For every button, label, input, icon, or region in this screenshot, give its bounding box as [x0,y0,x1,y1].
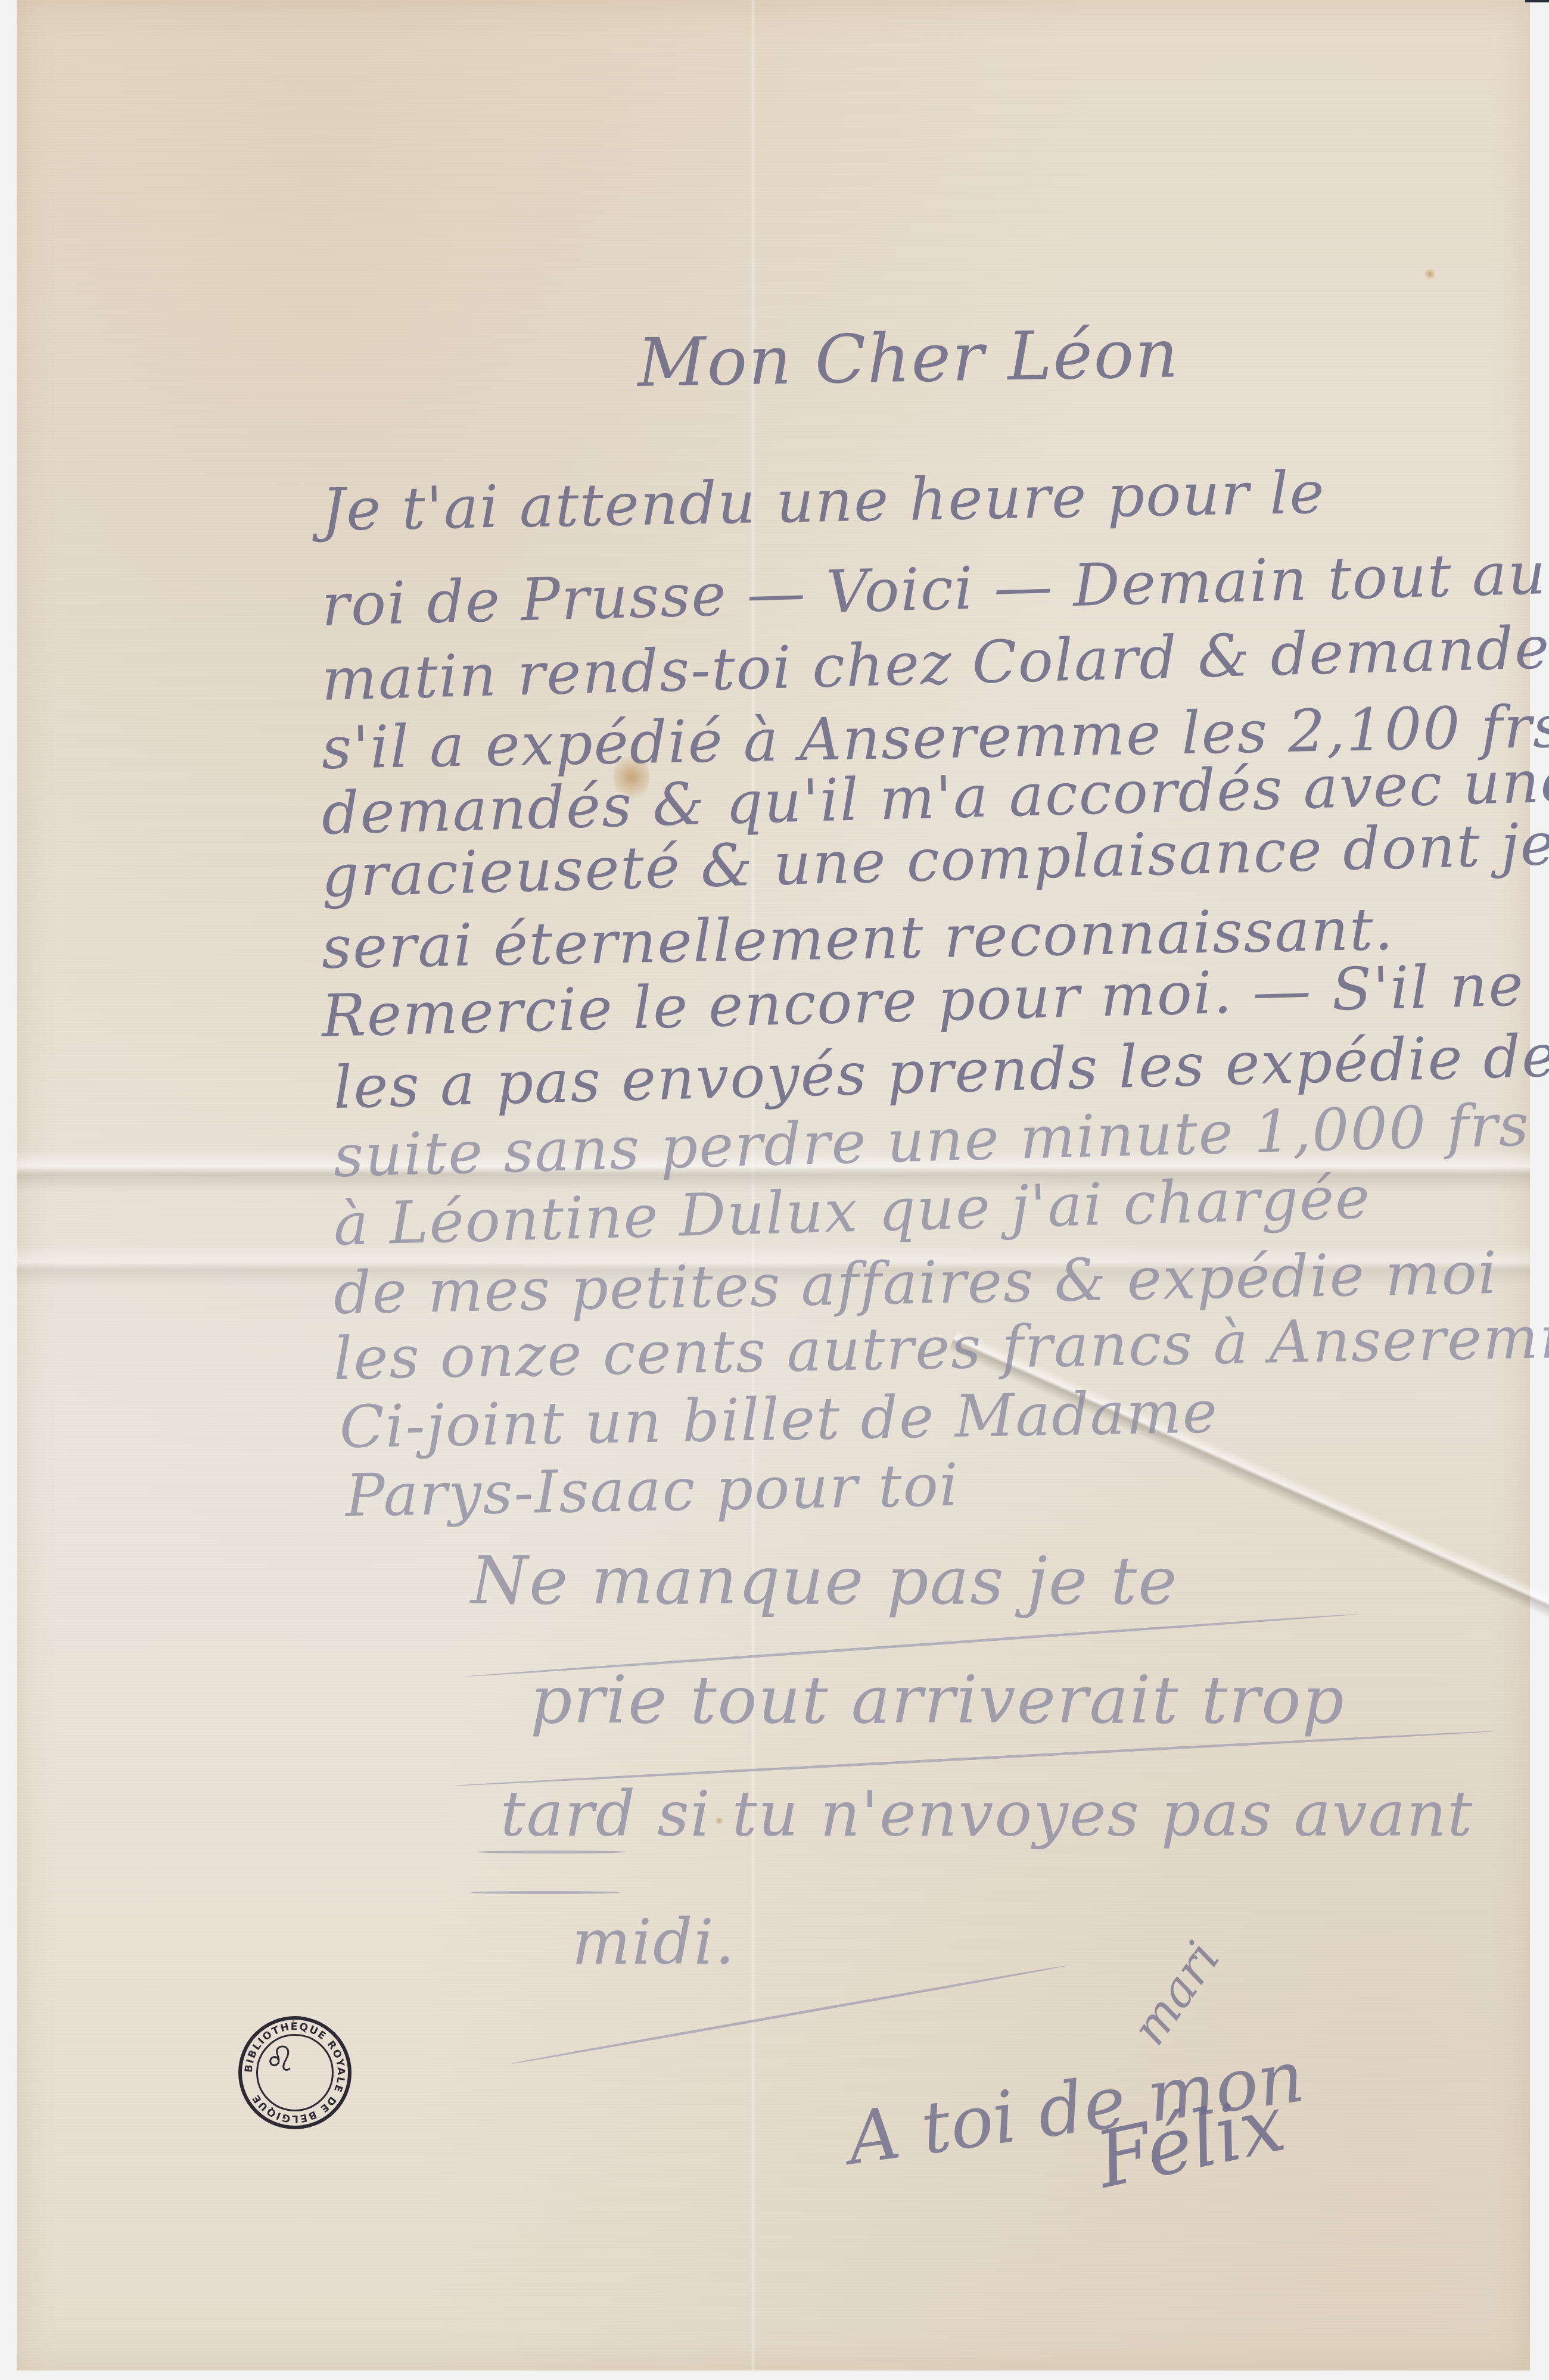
lion-rampant-icon: ♌ [265,2039,296,2079]
postscript-line: prie tout arriverait trop [530,1662,1345,1738]
short-underline [471,1891,620,1894]
short-underline [477,1851,626,1853]
library-stamp: BIBLIOTHÈQUE ROYALE DE BELGIQUE ♌ [238,2016,352,2129]
rust-speck [1424,268,1436,280]
greeting: Mon Cher Léon [637,315,1180,402]
body-line: Parys-Isaac pour toi [345,1451,960,1530]
scan-edge-strip [1525,0,1549,2]
postscript-line: tard si tu n'envoyes pas avant [500,1778,1473,1851]
postscript-line: midi. [572,1906,736,1979]
postscript-line: Ne manque pas je te [471,1543,1178,1619]
